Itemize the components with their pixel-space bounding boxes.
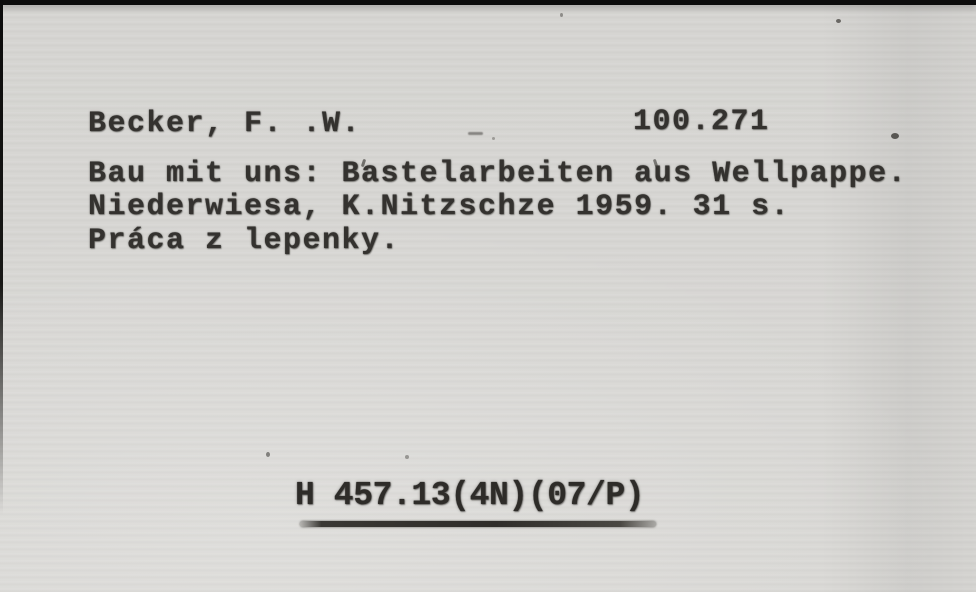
- title-line: Bau mit uns: Bastelarbeiten aus Wellpapp…: [88, 159, 907, 189]
- scan-edge-top: [0, 0, 976, 5]
- call-number: H 457.13(4N)(07/P): [295, 479, 644, 512]
- annotation-line: Práca z lepenky.: [88, 226, 400, 256]
- call-number-underline: [300, 521, 656, 527]
- catalog-card-scan: Becker, F. .W. 100.271 Bau mit uns: Bast…: [0, 0, 976, 592]
- ink-speck: [266, 452, 270, 457]
- accession-number: 100.271: [633, 107, 770, 137]
- author-heading: Becker, F. .W.: [88, 109, 361, 139]
- ink-smudge: [468, 132, 483, 135]
- imprint-line: Niederwiesa, K.Nitzschze 1959. 31 s.: [88, 192, 790, 222]
- ink-speck: [492, 137, 495, 140]
- ink-speck: [891, 133, 899, 139]
- ink-speck: [836, 19, 841, 23]
- ink-speck: [560, 13, 563, 17]
- scan-edge-left: [0, 0, 3, 515]
- ink-speck: [405, 455, 409, 459]
